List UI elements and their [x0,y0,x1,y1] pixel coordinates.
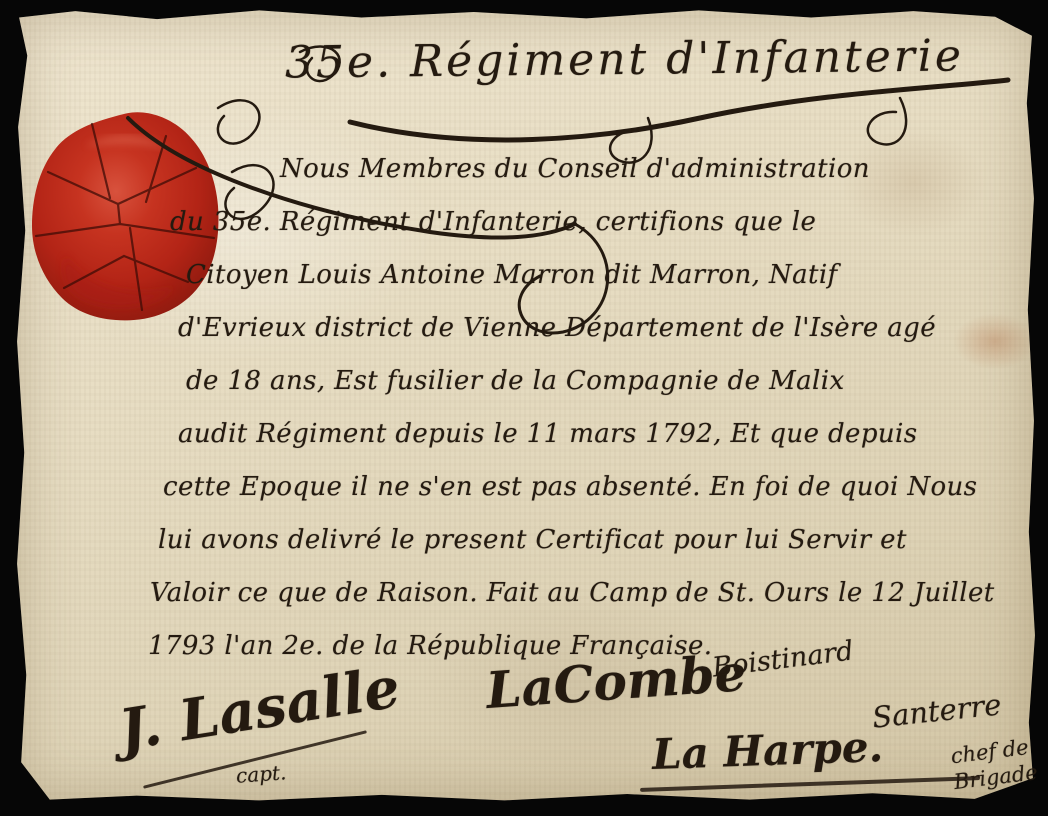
document-line: de 18 ans, Est fusilier de la Compagnie … [186,355,1020,408]
body-text: Nous Membres du Conseil d'administration… [148,143,1020,673]
document-line: cette Epoque il ne s'en est pas absenté.… [163,461,1020,514]
signature-lasalle-title: capt. [235,760,287,787]
document-photo: 35e. Régiment d'Infanterie Nous Membres … [0,0,1048,816]
page-title: 35e. Régiment d'Infanterie [285,30,964,88]
document-line: Valoir ce que de Raison. Fait au Camp de… [150,567,1020,620]
document-line: d'Evrieux district de Vienne Département… [178,302,1020,355]
document-line: lui avons delivré le present Certificat … [158,514,1020,567]
document-line: Nous Membres du Conseil d'administration [280,143,1020,196]
document-line: du 35e. Régiment d'Infanterie, certifion… [170,196,1020,249]
document-line: audit Régiment depuis le 11 mars 1792, E… [178,408,1020,461]
signature-laharpe: La Harpe. [651,722,884,779]
document-line: Citoyen Louis Antoine Marron dit Marron,… [186,249,1020,302]
